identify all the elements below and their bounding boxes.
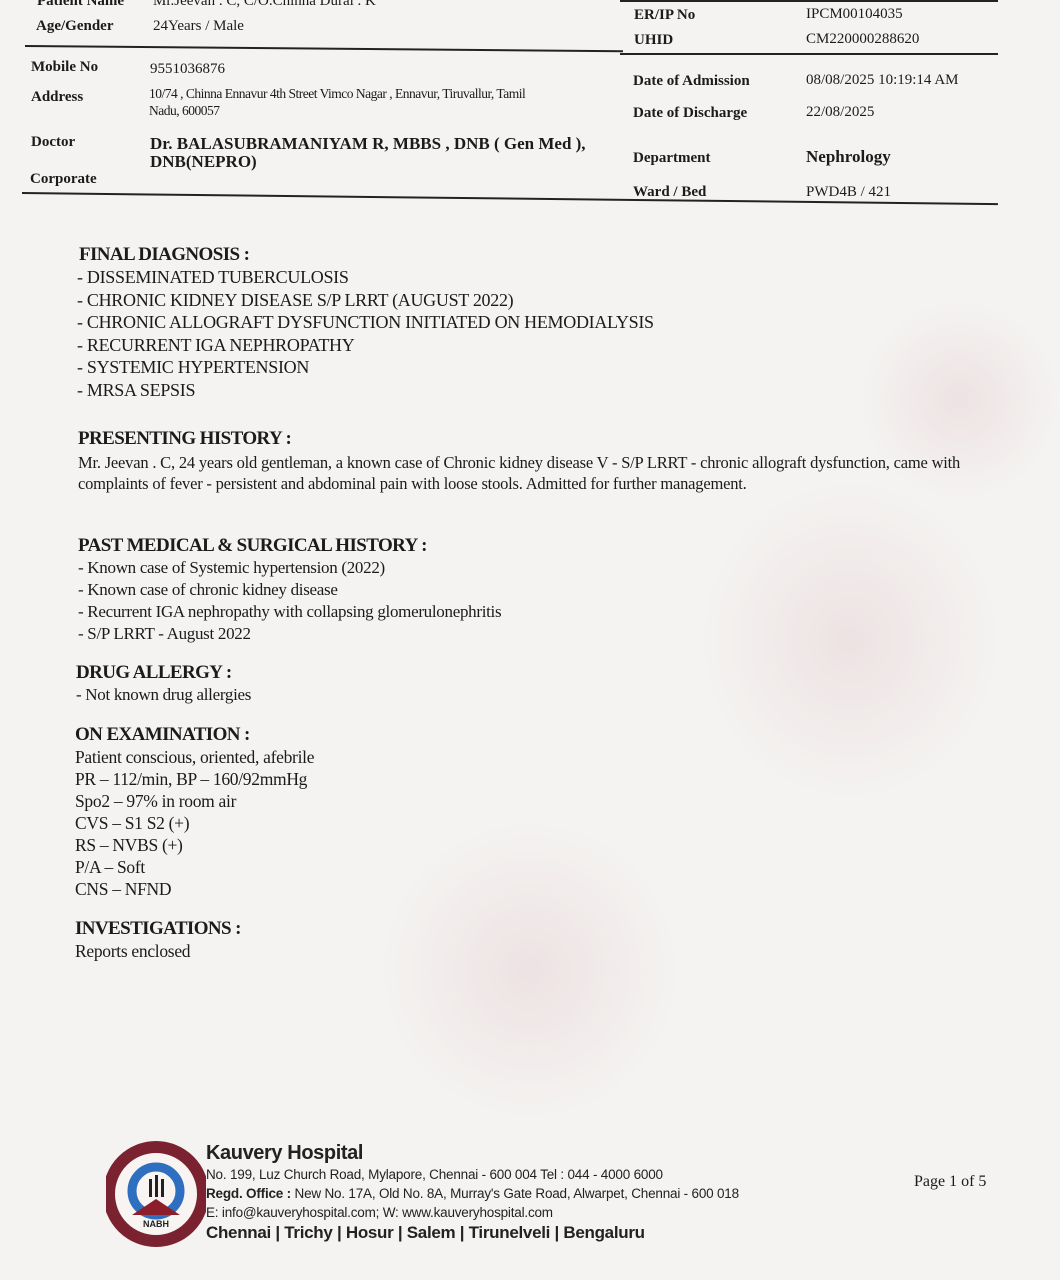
regd-office: Regd. Office : New No. 17A, Old No. 8A, … <box>206 1184 739 1203</box>
department-label: Department <box>633 150 710 167</box>
age-gender-label: Age/Gender <box>36 18 113 35</box>
uhid-value: CM220000288620 <box>806 31 919 48</box>
section-title: FINAL DIAGNOSIS : <box>79 244 654 266</box>
list-item: Patient conscious, oriented, afebrile <box>75 746 314 768</box>
svg-text:NABH: NABH <box>143 1219 169 1229</box>
section-title: PRESENTING HISTORY : <box>78 428 968 450</box>
presenting-history-text: Mr. Jeevan . C, 24 years old gentleman, … <box>78 453 968 494</box>
divider <box>620 0 998 2</box>
list-item: - RECURRENT IGA NEPHROPATHY <box>77 334 654 357</box>
hospital-footer: Kauvery Hospital No. 199, Luz Church Roa… <box>206 1142 739 1244</box>
investigations-list: Reports enclosed <box>75 940 241 962</box>
examination-section: ON EXAMINATION : Patient conscious, orie… <box>75 724 314 900</box>
list-item: CVS – S1 S2 (+) <box>75 812 314 834</box>
address-line-2: Nadu, 600057 <box>149 102 525 119</box>
past-history-section: PAST MEDICAL & SURGICAL HISTORY : - Know… <box>78 535 501 645</box>
list-item: - Not known drug allergies <box>76 684 251 706</box>
patient-name: Mr.Jeevan . C, C/O.Chinna Durai . K <box>153 0 376 10</box>
diagnosis-list: - DISSEMINATED TUBERCULOSIS- CHRONIC KID… <box>77 266 654 401</box>
paper-stain <box>700 480 1000 800</box>
nabh-logo: NABH <box>106 1141 206 1247</box>
list-item: PR – 112/min, BP – 160/92mmHg <box>75 768 314 790</box>
doctor-value: Dr. BALASUBRAMANIYAM R, MBBS , DNB ( Gen… <box>150 135 586 171</box>
erip-label: ER/IP No <box>634 7 695 24</box>
list-item: - DISSEMINATED TUBERCULOSIS <box>77 266 654 289</box>
list-item: - CHRONIC KIDNEY DISEASE S/P LRRT (AUGUS… <box>77 289 654 312</box>
address-line-1: 10/74 , Chinna Ennavur 4th Street Vimco … <box>149 85 525 102</box>
final-diagnosis-section: FINAL DIAGNOSIS : - DISSEMINATED TUBERCU… <box>79 244 654 401</box>
drug-allergy-list: - Not known drug allergies <box>76 684 251 706</box>
list-item: RS – NVBS (+) <box>75 834 314 856</box>
corporate-label: Corporate <box>30 171 97 188</box>
section-title: INVESTIGATIONS : <box>75 918 241 940</box>
address-value: 10/74 , Chinna Ennavur 4th Street Vimco … <box>149 85 525 119</box>
erip-value: IPCM00104035 <box>806 6 903 23</box>
uhid-label: UHID <box>634 32 673 49</box>
age-gender: 24Years / Male <box>153 18 244 35</box>
hospital-contact: E: info@kauveryhospital.com; W: www.kauv… <box>206 1203 739 1222</box>
section-title: DRUG ALLERGY : <box>76 662 251 684</box>
address-label: Address <box>31 89 83 106</box>
doctor-line-2: DNB(NEPRO) <box>150 153 586 171</box>
regd-office-label: Regd. Office : <box>206 1186 291 1201</box>
admission-value: 08/08/2025 10:19:14 AM <box>806 72 959 89</box>
list-item: - Known case of chronic kidney disease <box>78 579 501 601</box>
discharge-label: Date of Discharge <box>633 105 747 122</box>
list-item: - CHRONIC ALLOGRAFT DYSFUNCTION INITIATE… <box>77 311 654 334</box>
doctor-label: Doctor <box>31 134 75 151</box>
past-history-list: - Known case of Systemic hypertension (2… <box>78 557 501 645</box>
ward-value: PWD4B / 421 <box>806 184 891 201</box>
list-item: - Known case of Systemic hypertension (2… <box>78 557 501 579</box>
page-number: Page 1 of 5 <box>914 1173 986 1191</box>
hospital-cities: Chennai | Trichy | Hosur | Salem | Tirun… <box>206 1222 739 1244</box>
investigations-section: INVESTIGATIONS : Reports enclosed <box>75 918 241 962</box>
examination-list: Patient conscious, oriented, afebrilePR … <box>75 746 314 900</box>
hospital-name: Kauvery Hospital <box>206 1142 739 1165</box>
list-item: P/A – Soft <box>75 856 314 878</box>
list-item: - SYSTEMIC HYPERTENSION <box>77 356 654 379</box>
presenting-history-section: PRESENTING HISTORY : Mr. Jeevan . C, 24 … <box>78 428 968 494</box>
mobile-value: 9551036876 <box>150 61 225 78</box>
section-title: PAST MEDICAL & SURGICAL HISTORY : <box>78 535 501 557</box>
list-item: - Recurrent IGA nephropathy with collaps… <box>78 601 501 623</box>
section-title: ON EXAMINATION : <box>75 724 314 746</box>
nabh-badge-icon: NABH <box>106 1141 206 1247</box>
department-value: Nephrology <box>806 147 891 167</box>
paper-stain <box>380 820 680 1120</box>
discharge-value: 22/08/2025 <box>806 104 874 121</box>
list-item: Reports enclosed <box>75 940 241 962</box>
list-item: - S/P LRRT - August 2022 <box>78 623 501 645</box>
regd-office-address: New No. 17A, Old No. 8A, Murray's Gate R… <box>291 1186 739 1201</box>
divider <box>25 45 623 52</box>
drug-allergy-section: DRUG ALLERGY : - Not known drug allergie… <box>76 662 251 706</box>
list-item: Spo2 – 97% in room air <box>75 790 314 812</box>
patient-name-label: Patient Name <box>37 0 124 10</box>
admission-label: Date of Admission <box>633 73 750 90</box>
list-item: CNS – NFND <box>75 878 314 900</box>
divider <box>620 53 998 55</box>
mobile-label: Mobile No <box>31 59 98 76</box>
hospital-address: No. 199, Luz Church Road, Mylapore, Chen… <box>206 1165 739 1184</box>
doctor-line-1: Dr. BALASUBRAMANIYAM R, MBBS , DNB ( Gen… <box>150 135 586 153</box>
list-item: - MRSA SEPSIS <box>77 379 654 402</box>
